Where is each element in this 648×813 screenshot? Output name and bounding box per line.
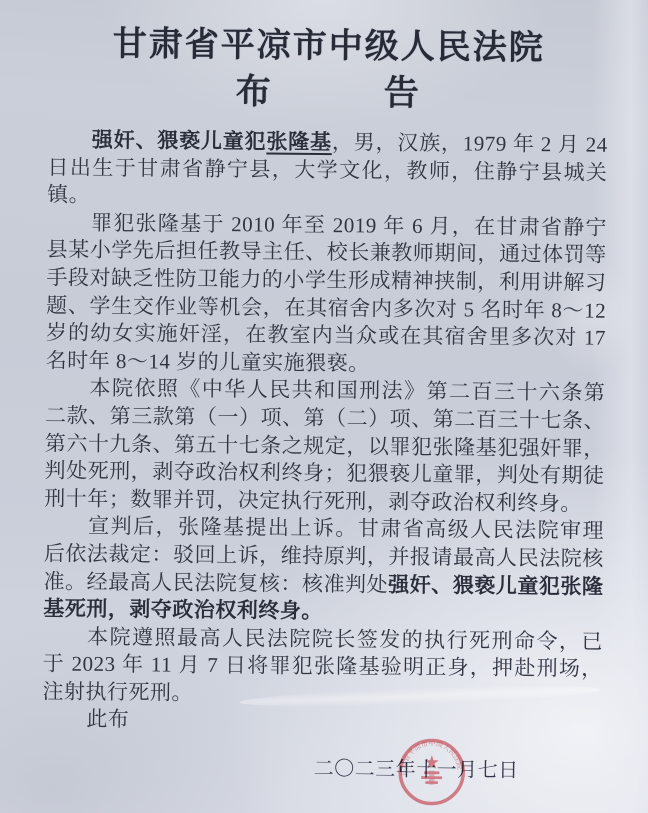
star-icon (425, 755, 439, 768)
court-name-title: 甘肃省平凉市中级人民法院 (48, 21, 608, 70)
closing-statement: 此布 (42, 706, 602, 739)
notice-document: 甘肃省平凉市中级人民法院 布 告 强奸、猥亵儿童犯张隆基，男，汉族，1979 年… (0, 0, 648, 813)
notice-content: 甘肃省平凉市中级人民法院 布 告 强奸、猥亵儿童犯张隆基，男，汉族，1979 年… (0, 0, 648, 813)
paragraph-appeal-review: 宣判后，张隆基提出上诉。甘肃省高级人民法院审理后依法裁定：驳回上诉，维持原判，并… (43, 513, 604, 629)
offender-name-underlined: 张隆基 (266, 130, 332, 154)
paragraph-crime-facts: 罪犯张隆基于 2010 年至 2019 年 6 月，在甘肃省静宁县某小学先后担任… (46, 209, 608, 380)
paragraph-offender-intro: 强奸、猥亵儿童犯张隆基，男，汉族，1979 年 2 月 24 日出生于甘肃省静宁… (47, 126, 608, 214)
national-emblem-icon (421, 771, 442, 785)
document-type-title: 布 告 (48, 67, 608, 118)
court-seal: 甘肃省平凉市中级人民法院 (396, 737, 467, 808)
notice-body: 强奸、猥亵儿童犯张隆基，男，汉族，1979 年 2 月 24 日出生于甘肃省静宁… (42, 126, 608, 738)
offender-crimes-label: 强奸、猥亵儿童犯 (92, 129, 267, 154)
paragraph-legal-basis-sentence: 本院依照《中华人民共和国刑法》第二百三十六条第二款、第三款第（一）项、第（二）项… (44, 375, 605, 518)
paragraph-execution: 本院遵照最高人民法院院长签发的执行死刑命令，已于 2023 年 11 月 7 日… (42, 623, 603, 711)
